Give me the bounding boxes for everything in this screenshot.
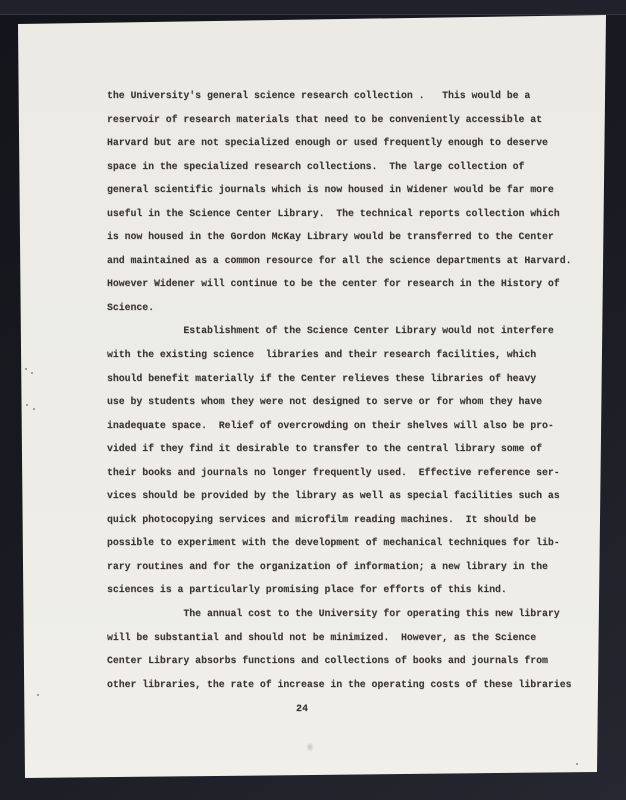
- text-line: vided if they find it desirable to trans…: [107, 437, 593, 461]
- text-line: Science.: [107, 296, 593, 320]
- text-line: However Widener will continue to be the …: [107, 272, 593, 296]
- text-line: and maintained as a common resource for …: [107, 249, 593, 273]
- text-line: general scientific journals which is now…: [107, 178, 593, 202]
- ink-speck: [31, 372, 33, 374]
- text-line: Center Library absorbs functions and col…: [107, 649, 593, 673]
- text-line: should benefit materially if the Center …: [107, 367, 593, 391]
- text-line: rary routines and for the organization o…: [107, 555, 593, 579]
- text-line: will be substantial and should not be mi…: [107, 626, 593, 650]
- text-line: space in the specialized research collec…: [107, 155, 593, 179]
- text-line: other libraries, the rate of increase in…: [107, 673, 593, 697]
- page-number: 24: [296, 704, 308, 715]
- text-line: Harvard but are not specialized enough o…: [107, 131, 593, 155]
- text-line: their books and journals no longer frequ…: [107, 461, 593, 485]
- text-line: useful in the Science Center Library. Th…: [107, 202, 593, 226]
- ink-speck: [33, 408, 35, 410]
- text-line: reservoir of research materials that nee…: [107, 108, 593, 132]
- ink-speck: [25, 368, 27, 370]
- ink-speck: [37, 694, 39, 696]
- text-line: possible to experiment with the developm…: [107, 531, 593, 555]
- text-line: the University's general science researc…: [107, 84, 593, 108]
- scan-smudge: [306, 742, 314, 752]
- text-line: sciences is a particularly promising pla…: [107, 578, 593, 602]
- scanner-bed-seam: [0, 0, 626, 15]
- text-line: vices should be provided by the library …: [107, 484, 593, 508]
- text-line: is now housed in the Gordon McKay Librar…: [107, 225, 593, 249]
- text-line: with the existing science libraries and …: [107, 343, 593, 367]
- typewritten-text-block: the University's general science researc…: [107, 84, 593, 696]
- scan-background: the University's general science researc…: [0, 0, 626, 800]
- text-line: Establishment of the Science Center Libr…: [107, 319, 593, 343]
- text-line: use by students whom they were not desig…: [107, 390, 593, 414]
- text-line: The annual cost to the University for op…: [107, 602, 593, 626]
- text-line: quick photocopying services and microfil…: [107, 508, 593, 532]
- text-line: inadequate space. Relief of overcrowding…: [107, 414, 593, 438]
- ink-speck: [26, 404, 28, 406]
- ink-speck: [576, 763, 578, 765]
